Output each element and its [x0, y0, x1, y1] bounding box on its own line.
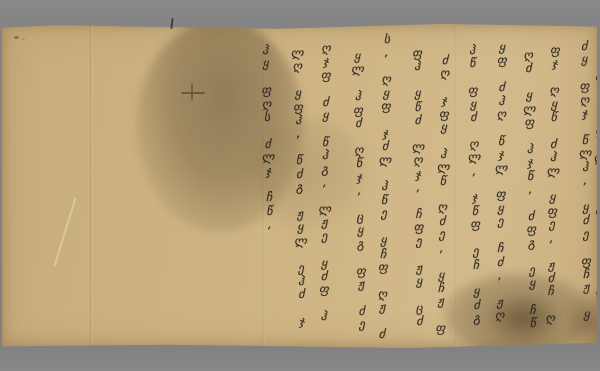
text-column: ფ ჰ ყ წ ძ ლ ღ ჯ , ჩ ფ ე ჟ ყ ც ძ: [408, 47, 428, 329]
text-column: ჰ წ ფ ყ ძ ღ ლ , ჯ წ ფ ე ჩ ყ ძ გ: [463, 44, 486, 326]
text-columns: ჰ ყ ფ ღ ს ძ ლ ჯ ჩ წ ,ლ ღ ყ ფ ჰ , წ ძ გ ჟ…: [2, 24, 597, 348]
text-column: ჰ ყ ფ ღ ს ძ ლ ჯ ჩ წ ,: [256, 44, 279, 232]
text-column: ყ ფ ძ ჰ ღ წ ჯ ლ ფ ყ ე ჩ ძ , ჟ ღ: [491, 41, 511, 323]
text-column: ყ ლ ჰ ფ ძ ღ წ ჯ , ც ყ გ ფ ჟ ძ ე: [348, 50, 371, 332]
text-column: ღ ჯ ფ ძ ყ წ ჰ გ , ლ ჟ ე ყ ძ ფ ჰ: [315, 42, 335, 324]
page-art-layer: ჰ ყ ფ ღ ს ძ ლ ჯ ჩ წ ,ლ ღ ყ ფ ჰ , წ ძ გ ჟ…: [2, 24, 597, 348]
text-column: ფ ჯ ღ ყ წ ძ ჰ ლ ყ ფ ე , ჟ ძ ჩ ღ: [541, 44, 564, 326]
text-column: ჰ ფ ყ ძ ღ ლ წ ჯ ფ ყ ძ ჰ ღ ე: [591, 58, 597, 313]
manuscript-page: ჰ ყ ფ ღ ს ძ ლ ჯ ჩ წ ,ლ ღ ყ ფ ჰ , წ ძ გ ჟ…: [2, 24, 597, 348]
text-column: ლ ღ ყ ფ ჰ , წ ძ გ ჟ ყ ლ ე ჰ ძ ჯ: [288, 47, 311, 329]
text-column: ღ ძ ყ ლ ფ ჰ ჯ წ , ძ ფ გ ე ყ ჩ წ: [519, 49, 542, 331]
photo-stage: ჰ ყ ფ ღ ს ძ ლ ჯ ჩ წ ,ლ ღ ყ ფ ჰ , წ ძ გ ჟ…: [0, 0, 600, 371]
text-column: ს , ღ ყ ფ ჯ ძ ლ ჰ წ ე ყ ჩ ფ ღ ჟ ძ: [373, 33, 396, 342]
text-column: ძ ღ ჯ ფ ყ ჰ ლ წ ღ ძ ე , ყ ჩ ჟ ფ: [431, 54, 454, 336]
